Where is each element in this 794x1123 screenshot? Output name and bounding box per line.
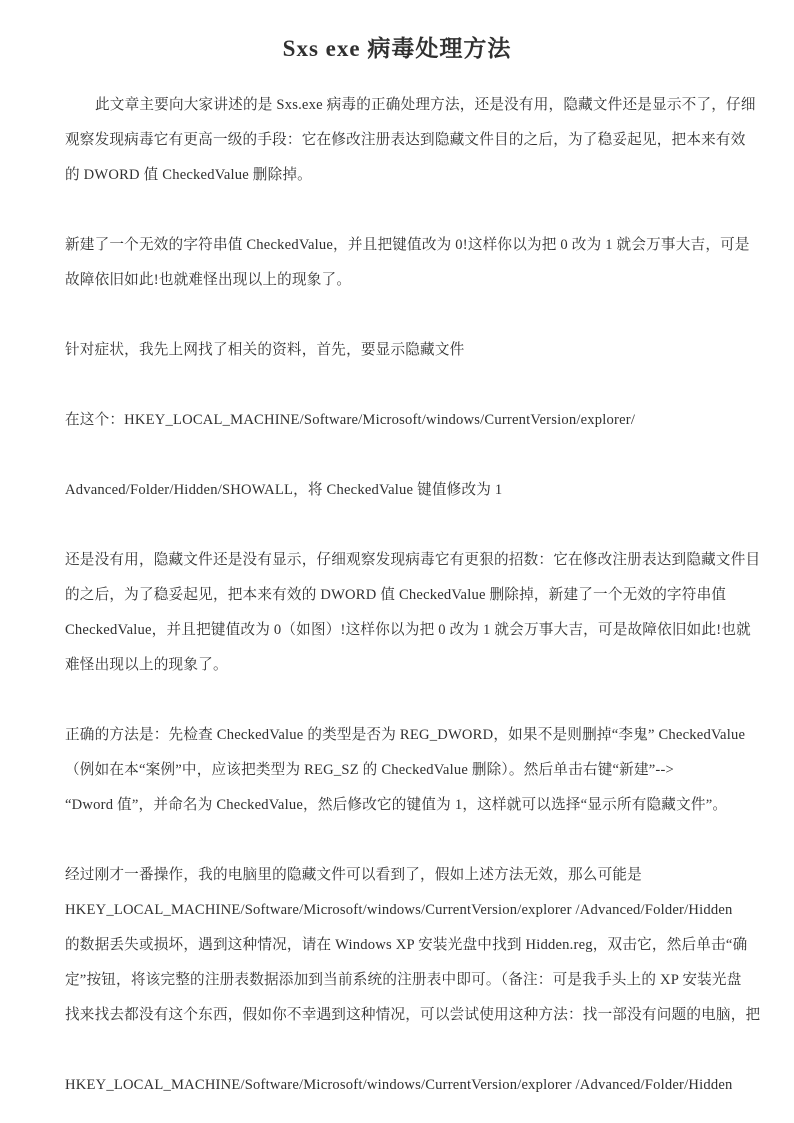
text-line: 的数据丢失或损坏，遇到这种情况，请在 Windows XP 安装光盘中找到 Hi… [65, 928, 748, 963]
text-line: 在这个：HKEY_LOCAL_MACHINE/Software/Microsof… [65, 403, 748, 438]
document-page: Sxs exe 病毒处理方法 此文章主要向大家讲述的是 Sxs.exe 病毒的正… [0, 0, 794, 1123]
paragraph: 还是没有用，隐藏文件还是没有显示，仔细观察发现病毒它有更狠的招数：它在修改注册表… [65, 543, 748, 683]
text-line: Advanced/Folder/Hidden/SHOWALL，将 Checked… [65, 473, 748, 508]
text-line: HKEY_LOCAL_MACHINE/Software/Microsoft/wi… [65, 1068, 748, 1103]
text-line: 定”按钮，将该完整的注册表数据添加到当前系统的注册表中即可。（备注：可是我手头上… [65, 963, 748, 998]
paragraph: 新建了一个无效的字符串值 CheckedValue，并且把键值改为 0!这样你以… [65, 228, 748, 298]
text-line: 正确的方法是：先检查 CheckedValue 的类型是否为 REG_DWORD… [65, 718, 748, 753]
text-line: 此文章主要向大家讲述的是 Sxs.exe 病毒的正确处理方法，还是没有用，隐藏文… [65, 88, 748, 123]
paragraph: 正确的方法是：先检查 CheckedValue 的类型是否为 REG_DWORD… [65, 718, 748, 823]
text-line: HKEY_LOCAL_MACHINE/Software/Microsoft/wi… [65, 893, 748, 928]
paragraph: 此文章主要向大家讲述的是 Sxs.exe 病毒的正确处理方法，还是没有用，隐藏文… [65, 88, 748, 193]
text-line: 还是没有用，隐藏文件还是没有显示，仔细观察发现病毒它有更狠的招数：它在修改注册表… [65, 543, 748, 578]
text-line: （例如在本“案例”中，应该把类型为 REG_SZ 的 CheckedValue … [65, 753, 748, 788]
page-title: Sxs exe 病毒处理方法 [0, 0, 794, 70]
text-line: 新建了一个无效的字符串值 CheckedValue，并且把键值改为 0!这样你以… [65, 228, 748, 263]
paragraph: HKEY_LOCAL_MACHINE/Software/Microsoft/wi… [65, 1068, 748, 1103]
text-line: 经过刚才一番操作，我的电脑里的隐藏文件可以看到了，假如上述方法无效，那么可能是 [65, 858, 748, 893]
document-body: 此文章主要向大家讲述的是 Sxs.exe 病毒的正确处理方法，还是没有用，隐藏文… [0, 70, 794, 1103]
paragraph: 针对症状，我先上网找了相关的资料，首先，要显示隐藏文件 [65, 333, 748, 368]
text-line: 的 DWORD 值 CheckedValue 删除掉。 [65, 158, 748, 193]
text-line: 故障依旧如此!也就难怪出现以上的现象了。 [65, 263, 748, 298]
text-line: 找来找去都没有这个东西，假如你不幸遇到这种情况，可以尝试使用这种方法：找一部没有… [65, 998, 748, 1033]
text-line: 难怪出现以上的现象了。 [65, 648, 748, 683]
paragraph: Advanced/Folder/Hidden/SHOWALL，将 Checked… [65, 473, 748, 508]
text-line: CheckedValue，并且把键值改为 0（如图）!这样你以为把 0 改为 1… [65, 613, 748, 648]
text-line: “Dword 值”，并命名为 CheckedValue，然后修改它的键值为 1，… [65, 788, 748, 823]
paragraph: 经过刚才一番操作，我的电脑里的隐藏文件可以看到了，假如上述方法无效，那么可能是H… [65, 858, 748, 1033]
paragraph: 在这个：HKEY_LOCAL_MACHINE/Software/Microsof… [65, 403, 748, 438]
text-line: 的之后，为了稳妥起见，把本来有效的 DWORD 值 CheckedValue 删… [65, 578, 748, 613]
text-line: 针对症状，我先上网找了相关的资料，首先，要显示隐藏文件 [65, 333, 748, 368]
text-line: 观察发现病毒它有更高一级的手段：它在修改注册表达到隐藏文件目的之后，为了稳妥起见… [65, 123, 748, 158]
